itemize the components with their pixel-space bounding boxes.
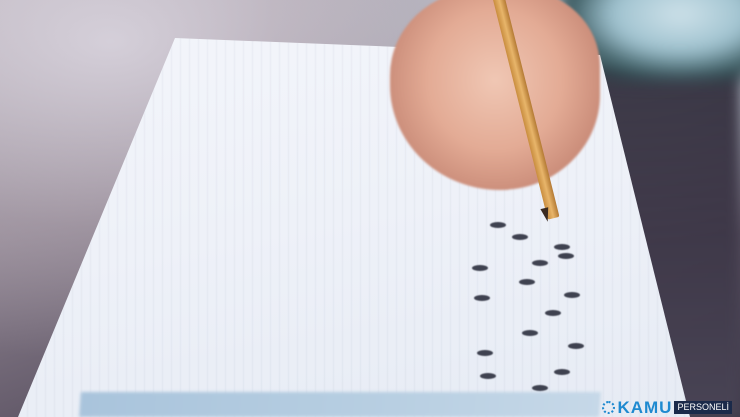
gear-dots-icon [602, 401, 615, 414]
filled-bubble [480, 373, 496, 379]
filled-bubble [564, 292, 580, 298]
filled-bubble [545, 310, 561, 316]
photo-scene: KAMU PERSONELİ [0, 0, 740, 417]
filled-bubble [532, 260, 548, 266]
answer-sheet-footer-band [79, 392, 601, 417]
filled-bubble [532, 385, 548, 391]
watermark-brand: KAMU [617, 400, 672, 415]
filled-bubble [558, 253, 574, 259]
watermark-logo: KAMU PERSONELİ [602, 400, 732, 415]
filled-bubble [522, 330, 538, 336]
watermark-subtitle: PERSONELİ [674, 401, 732, 414]
filled-bubble [474, 295, 490, 301]
filled-bubble [519, 279, 535, 285]
filled-bubble [554, 369, 570, 375]
filled-bubble [477, 350, 493, 356]
filled-bubble [568, 343, 584, 349]
filled-bubble [554, 244, 570, 250]
filled-bubble [490, 222, 506, 228]
filled-bubble [472, 265, 488, 271]
filled-bubble [512, 234, 528, 240]
